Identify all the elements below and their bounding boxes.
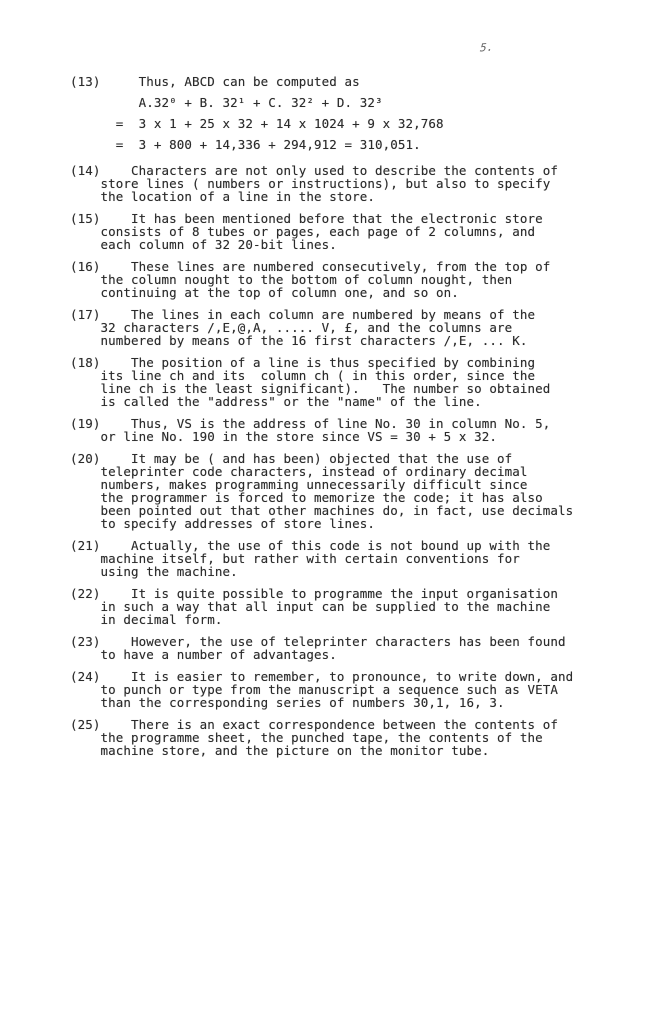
paragraph-number: (18) <box>70 356 101 369</box>
paragraph: (22) It is quite possible to programme t… <box>70 587 590 626</box>
paragraph-number: (22) <box>70 587 101 600</box>
paragraph-text: It may be ( and has been) objected that … <box>101 452 574 530</box>
paragraph-number: (15) <box>70 212 101 225</box>
paragraph-text: It is quite possible to programme the in… <box>101 587 559 626</box>
document-page: 5. (13) Thus, ABCD can be computed as A.… <box>0 0 650 1017</box>
paragraph-text: However, the use of teleprinter characte… <box>101 635 566 661</box>
paragraph: (20) It may be ( and has been) objected … <box>70 452 590 530</box>
paragraph-text: It is easier to remember, to pronounce, … <box>101 670 574 709</box>
paragraph-number: (16) <box>70 260 101 273</box>
paragraph: (13) Thus, ABCD can be computed as A.32⁰… <box>70 71 590 155</box>
paragraph: (19) Thus, VS is the address of line No.… <box>70 417 590 443</box>
paragraph-text: It has been mentioned before that the el… <box>101 212 543 251</box>
paragraph: (15) It has been mentioned before that t… <box>70 212 590 251</box>
paragraph-number: (23) <box>70 635 101 648</box>
paragraph: (18) The position of a line is thus spec… <box>70 356 590 408</box>
paragraph-text: These lines are numbered consecutively, … <box>101 260 551 299</box>
paragraph-number: (19) <box>70 417 101 430</box>
document-body: (13) Thus, ABCD can be computed as A.32⁰… <box>70 71 590 766</box>
paragraph-text: The position of a line is thus specified… <box>101 356 551 408</box>
paragraph-number: (17) <box>70 308 101 321</box>
paragraph: (23) However, the use of teleprinter cha… <box>70 635 590 661</box>
paragraph-text: The lines in each column are numbered by… <box>101 308 536 347</box>
paragraph-text: Thus, ABCD can be computed as A.32⁰ + B.… <box>101 71 444 155</box>
paragraph-number: (24) <box>70 670 101 683</box>
paragraph: (16) These lines are numbered consecutiv… <box>70 260 590 299</box>
paragraph-number: (21) <box>70 539 101 552</box>
paragraph-text: There is an exact correspondence between… <box>101 718 559 757</box>
paragraph-text: Characters are not only used to describe… <box>101 164 559 203</box>
paragraph-number: (20) <box>70 452 101 465</box>
paragraph-text: Thus, VS is the address of line No. 30 i… <box>101 417 551 443</box>
paragraph: (14) Characters are not only used to des… <box>70 164 590 203</box>
paragraph: (25) There is an exact correspondence be… <box>70 718 590 757</box>
paragraph-number: (13) <box>70 71 101 92</box>
paragraph: (21) Actually, the use of this code is n… <box>70 539 590 578</box>
paragraph: (17) The lines in each column are number… <box>70 308 590 347</box>
page-number: 5. <box>478 41 495 55</box>
paragraph: (24) It is easier to remember, to pronou… <box>70 670 590 709</box>
paragraph-number: (25) <box>70 718 101 731</box>
paragraph-text: Actually, the use of this code is not bo… <box>101 539 551 578</box>
paragraph-number: (14) <box>70 164 101 177</box>
